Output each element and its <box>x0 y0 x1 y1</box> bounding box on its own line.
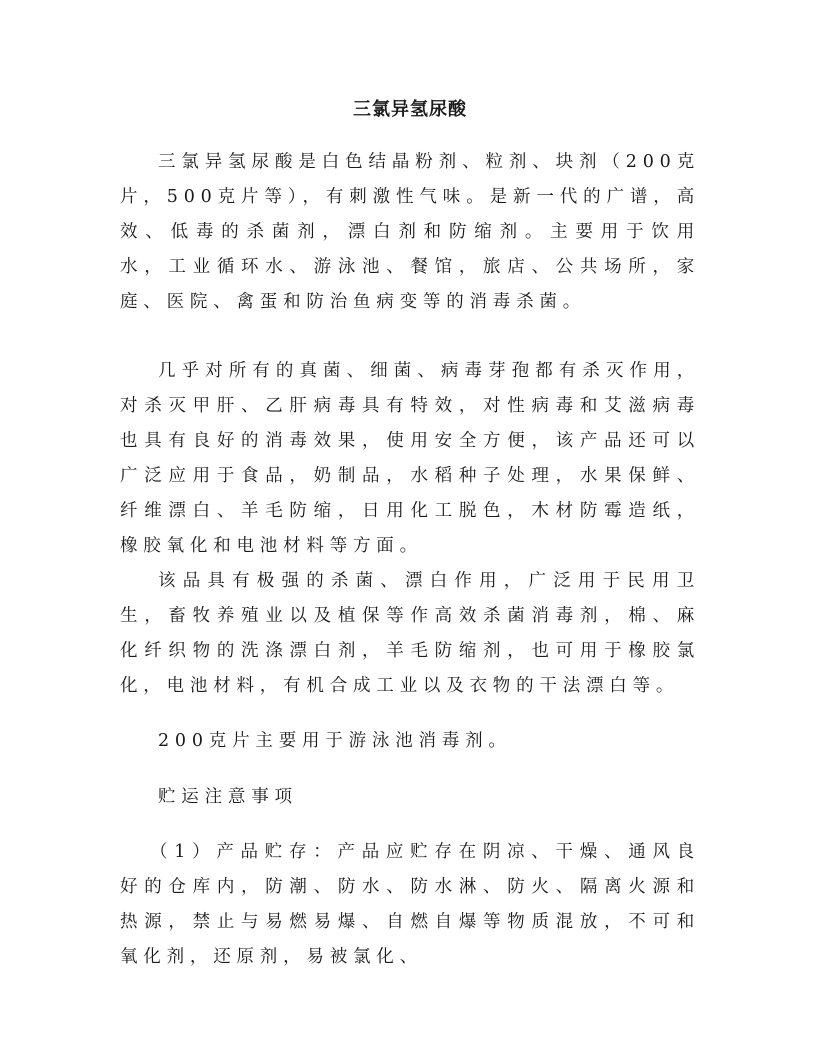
paragraph-applications: 该品具有极强的杀菌、漂白作用，广泛用于民用卫生，畜牧养殖业以及植保等作高效杀菌消… <box>120 564 700 704</box>
paragraph-storage-1: （1）产品贮存：产品应贮存在阴凉、干燥、通风良好的仓库内，防潮、防水、防水淋、防… <box>120 835 700 975</box>
document-title: 三氯异氢尿酸 <box>120 97 700 123</box>
section-heading-storage: 贮运注意事项 <box>120 780 700 815</box>
paragraph-efficacy: 几乎对所有的真菌、细菌、病毒芽孢都有杀灭作用，对杀灭甲肝、乙肝病毒具有特效，对性… <box>120 354 700 564</box>
paragraph-200g-tablet: 200克片主要用于游泳池消毒剂。 <box>120 724 700 759</box>
paragraph-description: 三氯异氢尿酸是白色结晶粉剂、粒剂、块剂（200克片，500克片等），有刺激性气味… <box>120 145 700 320</box>
